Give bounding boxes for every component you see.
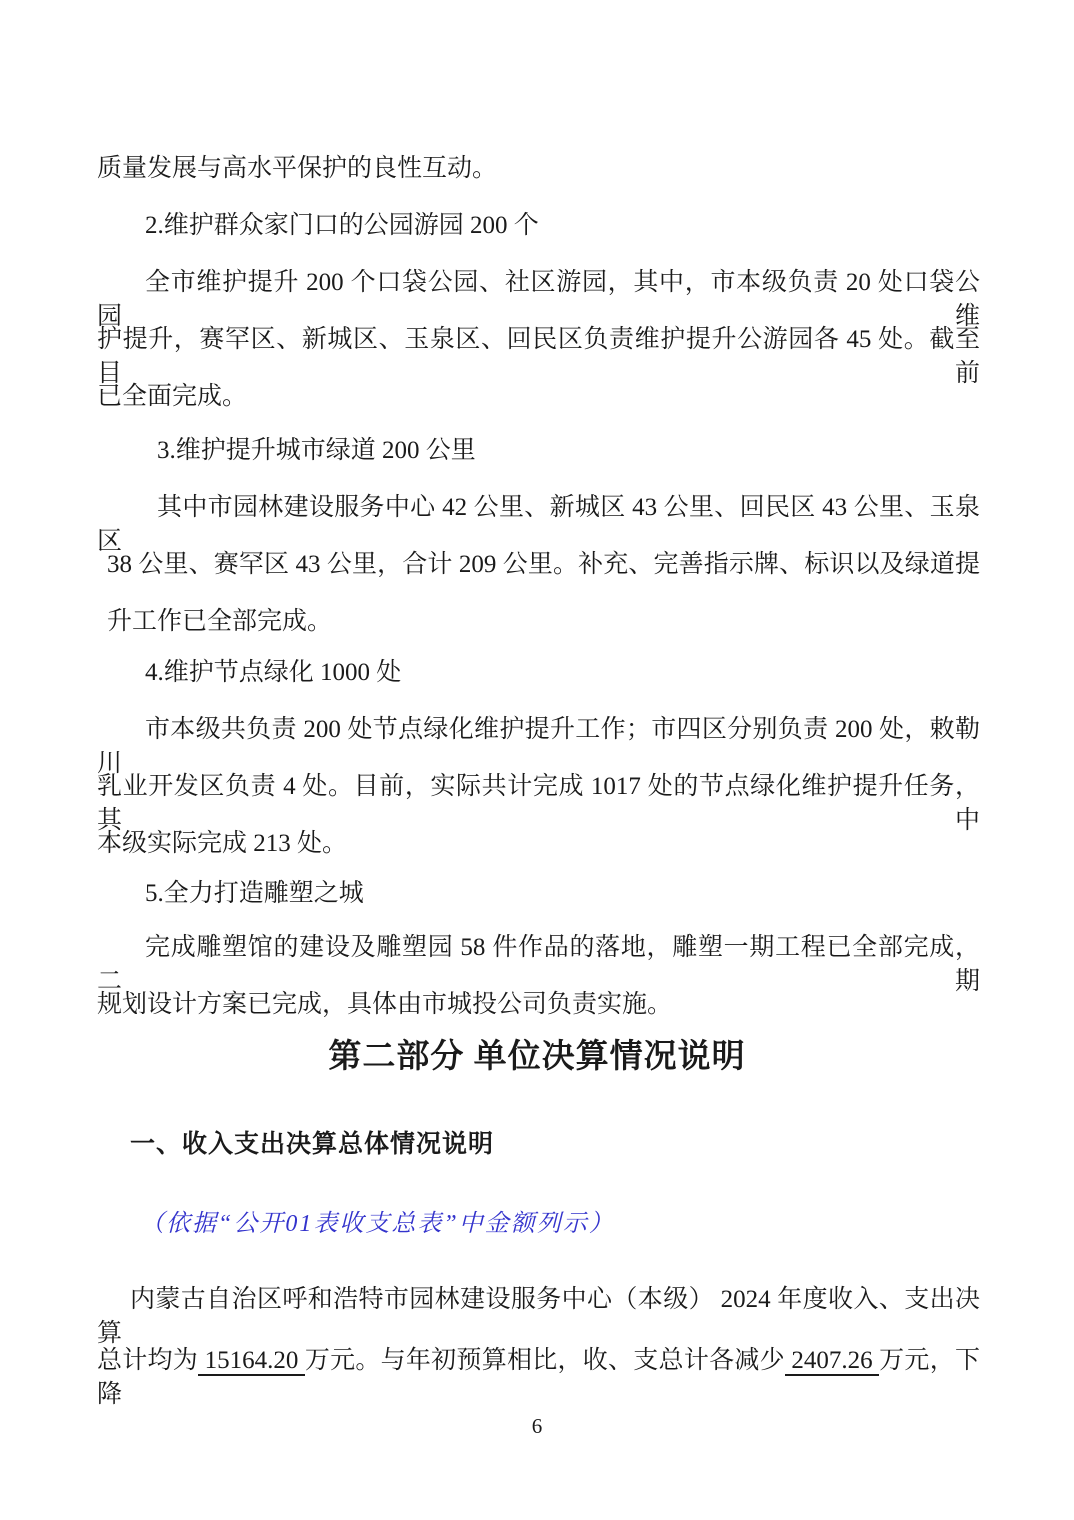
paragraph-line: 38 公里、赛罕区 43 公里，合计 209 公里。补充、完善指示牌、标识以及绿…: [97, 548, 980, 582]
decrease-amount-value: 2407.26: [785, 1347, 879, 1376]
paragraph-line-item-4: 4.维护节点绿化 1000 处: [97, 656, 980, 690]
paragraph-line: 升工作已全部完成。: [97, 605, 980, 639]
paragraph-line-item-3: 3.维护提升城市绿道 200 公里: [97, 434, 980, 468]
basis-note: （依据“公开01表收支总表”中金额列示）: [140, 1203, 615, 1238]
section1-heading: 一、收入支出决算总体情况说明: [130, 1124, 494, 1160]
document-page: 质量发展与高水平保护的良性互动。 2.维护群众家门口的公园游园 200 个 全市…: [0, 0, 1074, 1520]
summary-line-2: 总计均为 15164.20 万元。与年初预算相比，收、支总计各减少 2407.2…: [97, 1344, 980, 1412]
total-amount-value: 15164.20: [198, 1347, 305, 1376]
summary-line-1: 内蒙古自治区呼和浩特市园林建设服务中心（本级） 2024 年度收入、支出决算: [97, 1283, 980, 1351]
paragraph-line: 本级实际完成 213 处。: [97, 827, 980, 861]
part2-heading: 第二部分 单位决算情况说明: [0, 1030, 1074, 1077]
summary-text: 总计均为: [97, 1347, 198, 1374]
page-number: 6: [0, 1414, 1074, 1439]
paragraph-line: 规划设计方案已完成，具体由市城投公司负责实施。: [97, 988, 980, 1022]
paragraph-line: 质量发展与高水平保护的良性互动。: [97, 152, 980, 186]
paragraph-line-item-5: 5.全力打造雕塑之城: [97, 877, 980, 911]
paragraph-line: 已全面完成。: [97, 380, 980, 414]
summary-text: 万元。与年初预算相比，收、支总计各减少: [305, 1347, 785, 1374]
paragraph-line-item-2: 2.维护群众家门口的公园游园 200 个: [97, 209, 980, 243]
